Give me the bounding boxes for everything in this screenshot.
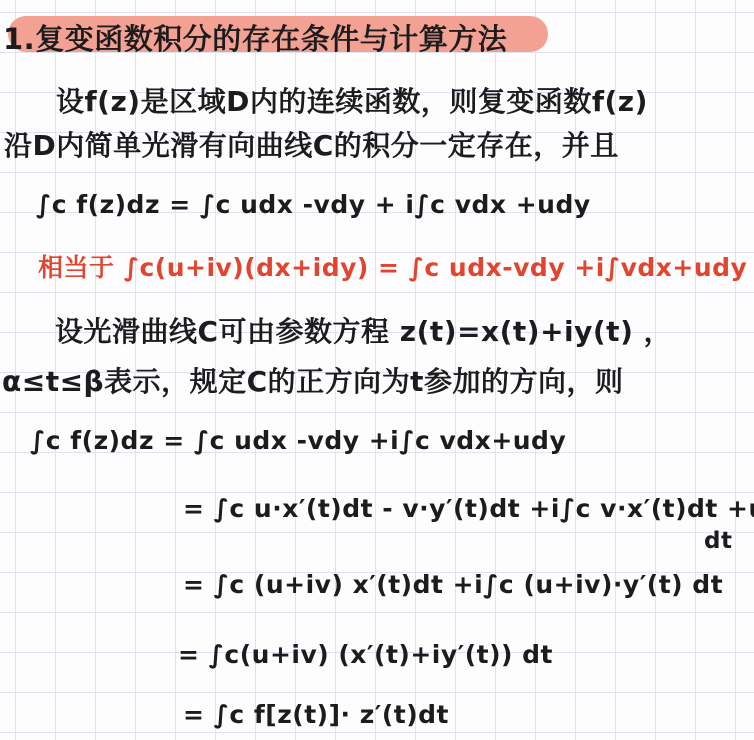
derivation-line-5: = ∫c f[z(t)]· z′(t)dt: [183, 700, 449, 729]
derivation-line-2-wrapped-dt: dt: [704, 528, 732, 554]
page-title: 1.复变函数积分的存在条件与计算方法: [3, 17, 507, 58]
integral-formula-main: ∫c f(z)dz = ∫c udx -vdy + i∫c vdx +udy: [36, 190, 591, 219]
notebook-page: 1.复变函数积分的存在条件与计算方法 设f(z)是区域D内的连续函数，则复变函数…: [0, 0, 754, 740]
intro-line-2: 沿D内简单光滑有向曲线C的积分一定存在，并且: [4, 124, 619, 164]
intro-line-1: 设f(z)是区域D内的连续函数，则复变函数f(z): [56, 80, 648, 120]
derivation-line-3: = ∫c (u+iv) x′(t)dt +i∫c (u+iv)·y′(t) dt: [183, 570, 723, 599]
parametric-line-2: α≤t≤β表示，规定C的正方向为t参加的方向，则: [2, 360, 624, 400]
derivation-line-1: ∫c f(z)dz = ∫c udx -vdy +i∫c vdx+udy: [30, 426, 566, 455]
derivation-line-4: = ∫c(u+iv) (x′(t)+iy′(t)) dt: [178, 640, 553, 669]
parametric-line-1: 设光滑曲线C可由参数方程 z(t)=x(t)+iy(t) ，: [55, 310, 672, 350]
equivalent-formula-red: 相当于 ∫c(u+iv)(dx+idy) = ∫c udx-vdy +i∫vdx…: [38, 248, 747, 284]
derivation-line-2: = ∫c u·x′(t)dt - v·y′(t)dt +i∫c v·x′(t)d…: [183, 494, 754, 523]
